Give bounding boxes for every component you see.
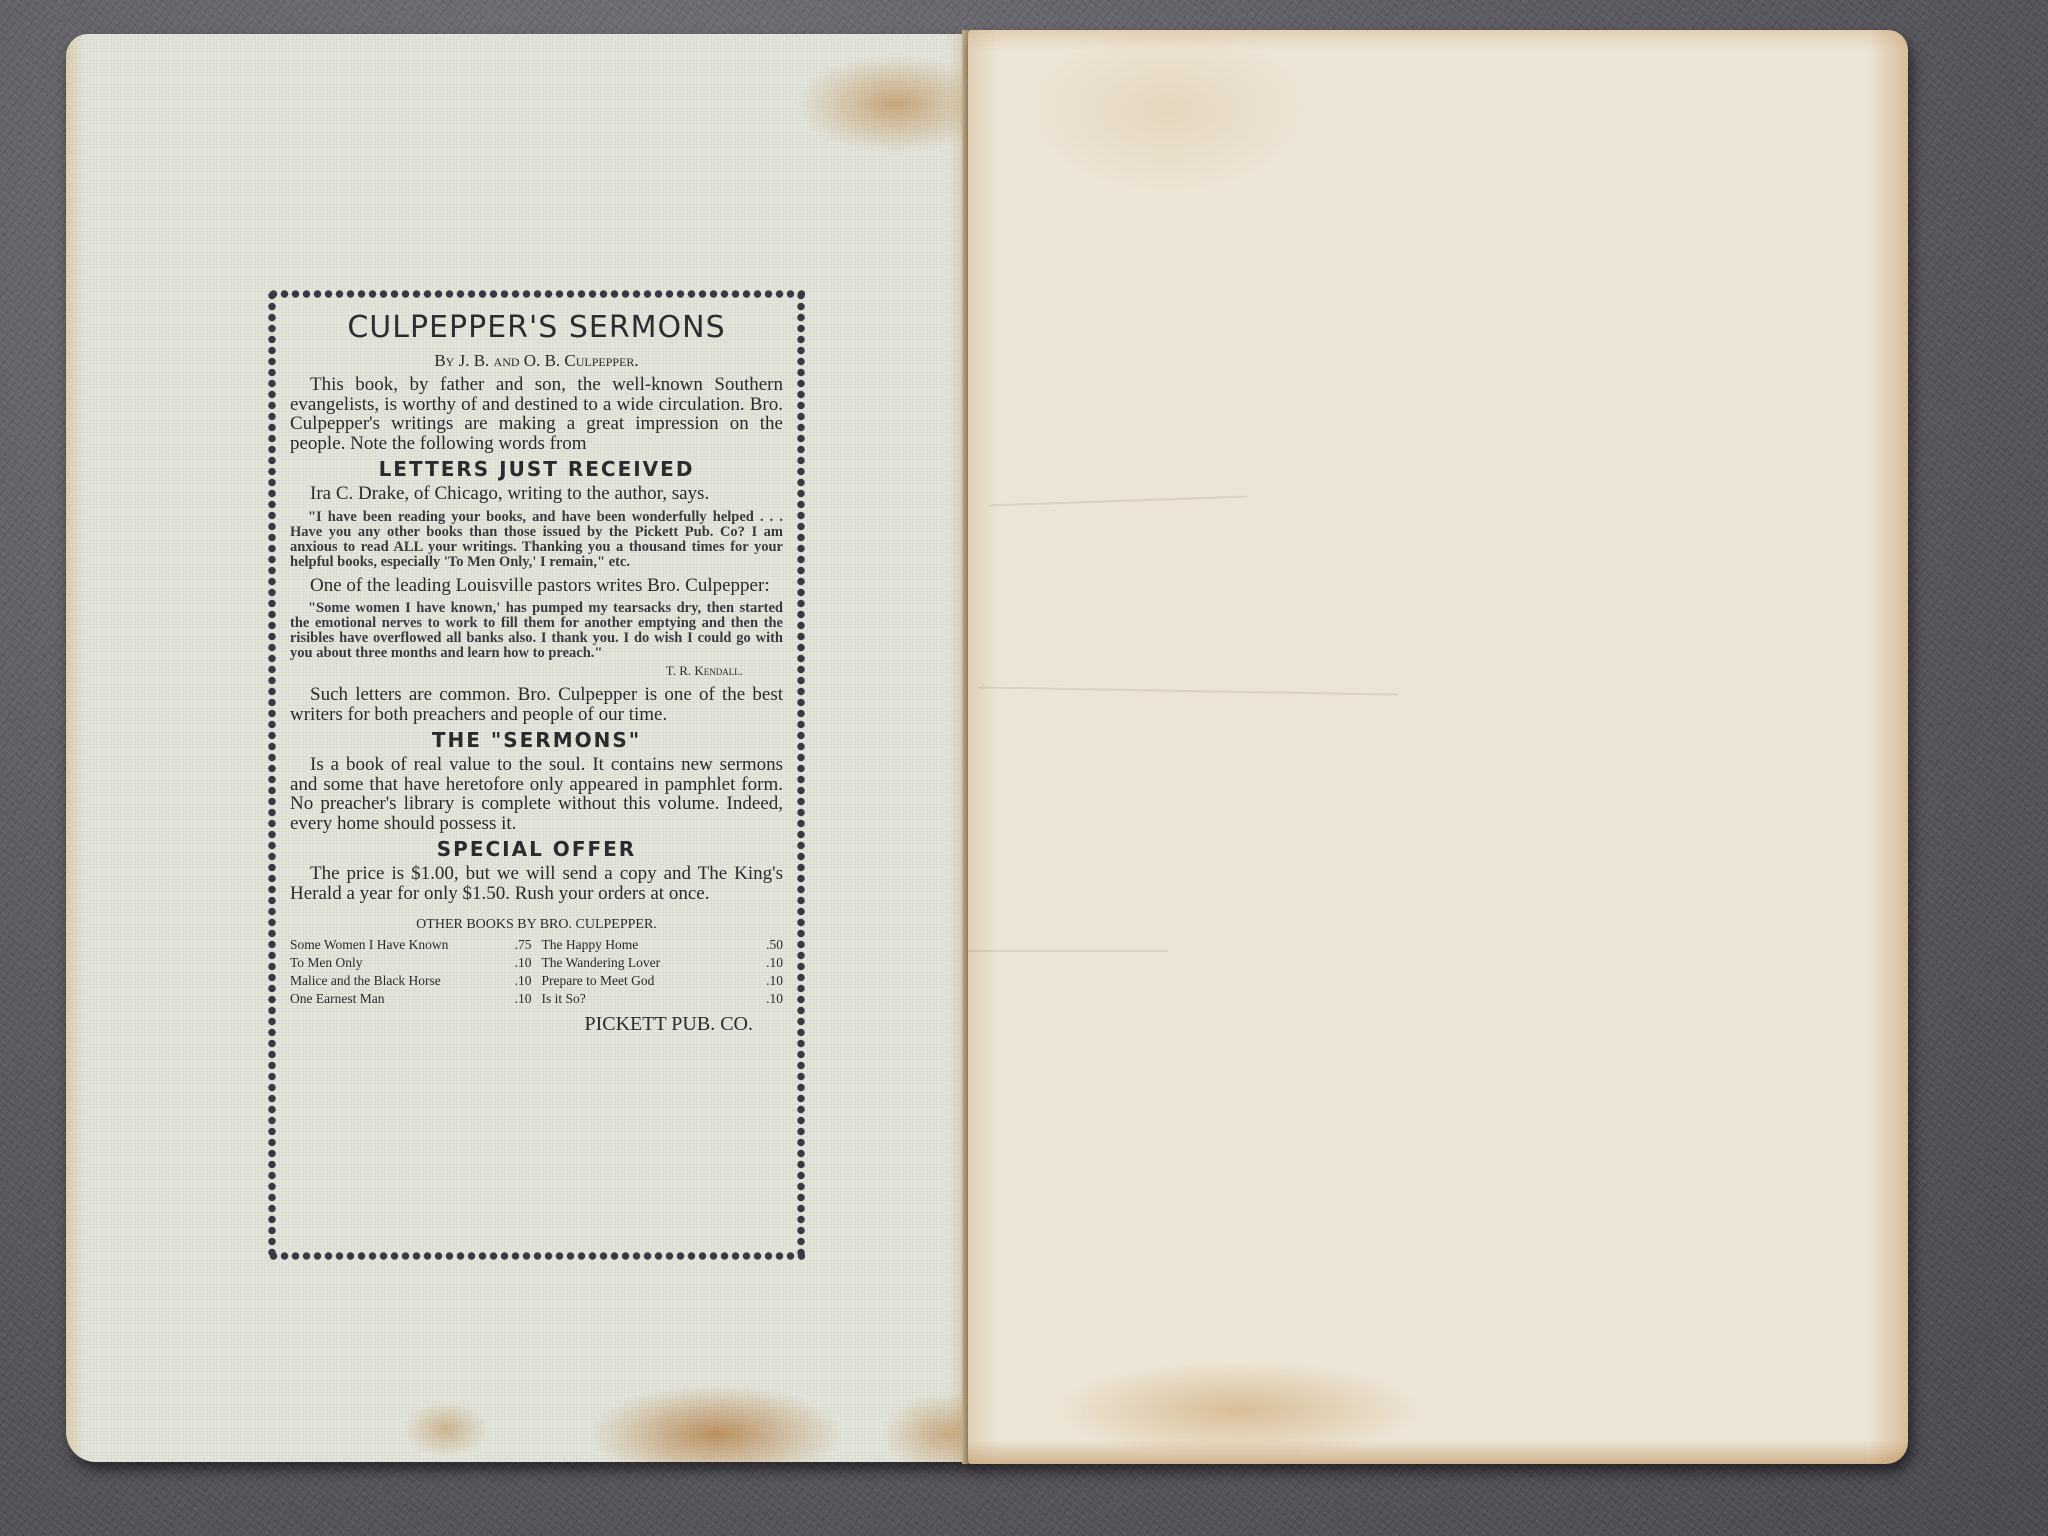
ad-title: CULPEPPER'S SERMONS — [290, 310, 783, 345]
book-title: The Wandering Lover — [542, 955, 661, 971]
book-price: .10 — [515, 955, 532, 971]
diamond-border-top — [268, 288, 805, 300]
book-price: .10 — [515, 973, 532, 989]
diamond-border-right — [795, 290, 807, 1260]
offer-heading: SPECIAL OFFER — [290, 837, 783, 861]
left-page-back-cover: CULPEPPER'S SERMONS By J. B. and O. B. C… — [66, 34, 974, 1462]
paper-crease — [988, 495, 1248, 506]
book-price: .10 — [766, 973, 783, 989]
book-title: Prepare to Meet God — [542, 973, 655, 989]
sermons-text: Is a book of real value to the soul. It … — [290, 755, 783, 833]
common-letters-text: Such letters are common. Bro. Culpepper … — [290, 685, 783, 724]
book-item: To Men Only.10 — [290, 955, 532, 971]
drake-intro: Ira C. Drake, of Chicago, writing to the… — [290, 484, 783, 504]
letters-heading: LETTERS JUST RECEIVED — [290, 457, 783, 481]
book-title: Is it So? — [542, 991, 586, 1007]
book-title: To Men Only — [290, 955, 363, 971]
publisher-name: PICKETT PUB. CO. — [290, 1013, 783, 1036]
book-price: .75 — [515, 937, 532, 953]
book-title: Malice and the Black Horse — [290, 973, 441, 989]
ad-byline: By J. B. and O. B. Culpepper. — [290, 351, 783, 371]
drake-quote: "I have been reading your books, and hav… — [290, 510, 783, 570]
book-price: .10 — [766, 991, 783, 1007]
book-item: The Happy Home.50 — [542, 937, 784, 953]
kendall-quote: "Some women I have known,' has pumped my… — [290, 601, 783, 661]
kendall-signature: T. R. Kendall. — [290, 663, 783, 679]
diamond-border-bottom — [268, 1250, 805, 1262]
ad-intro: This book, by father and son, the well-k… — [290, 375, 783, 453]
book-item: Malice and the Black Horse.10 — [290, 973, 532, 989]
diamond-border-left — [266, 290, 278, 1260]
offer-text: The price is $1.00, but we will send a c… — [290, 864, 783, 903]
book-title: Some Women I Have Known — [290, 937, 448, 953]
paper-crease — [978, 686, 1398, 695]
paper-crease — [968, 950, 1168, 952]
book-item: Is it So?.10 — [542, 991, 784, 1007]
book-price: .10 — [766, 955, 783, 971]
book-item: Prepare to Meet God.10 — [542, 973, 784, 989]
advertisement-box: CULPEPPER'S SERMONS By J. B. and O. B. C… — [268, 290, 805, 1260]
book-item: The Wandering Lover.10 — [542, 955, 784, 971]
book-title: One Earnest Man — [290, 991, 384, 1007]
other-books-title: OTHER BOOKS BY BRO. CULPEPPER. — [290, 917, 783, 933]
louisville-intro: One of the leading Louisville pastors wr… — [290, 576, 783, 596]
right-page-blank — [968, 30, 1908, 1464]
book-item: Some Women I Have Known.75 — [290, 937, 532, 953]
book-price: .10 — [515, 991, 532, 1007]
book-price: .50 — [766, 937, 783, 953]
book-item: One Earnest Man.10 — [290, 991, 532, 1007]
other-books-list: Some Women I Have Known.75 The Happy Hom… — [290, 937, 783, 1007]
sermons-heading: THE "SERMONS" — [290, 728, 783, 752]
book-title: The Happy Home — [542, 937, 639, 953]
